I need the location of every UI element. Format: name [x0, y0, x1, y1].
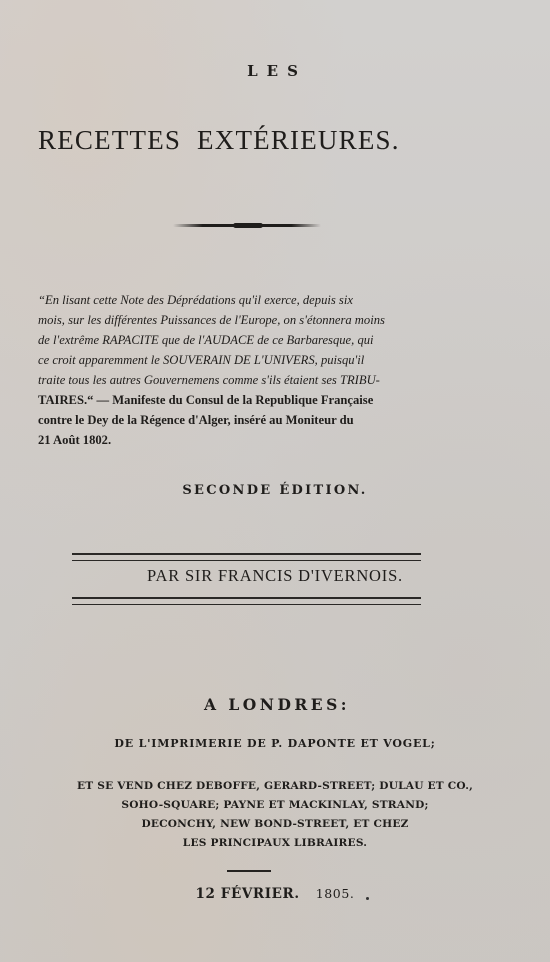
edition-label: SECONDE ÉDITION.: [0, 483, 550, 498]
printer-line: DE L'IMPRIMERIE DE P. DAPONTE ET VOGEL;: [0, 737, 550, 750]
ornamental-rule: [173, 224, 321, 227]
double-rule-bottom: [72, 597, 421, 605]
sellers-block: ET SE VEND CHEZ DEBOFFE, GERARD-STREET; …: [0, 777, 550, 853]
epigraph-line: mois, sur les différentes Puissances de …: [38, 310, 486, 330]
book-title: RECETTES EXTÉRIEURES.: [0, 125, 550, 156]
sellers-line: SOHO-SQUARE; PAYNE ET MACKINLAY, STRAND;: [0, 796, 550, 815]
epigraph-line: de l'extrême RAPACITE que de l'AUDACE de…: [38, 330, 486, 350]
ink-speck: [366, 897, 369, 900]
epigraph-line: traite tous les autres Gouvernemens comm…: [38, 370, 486, 390]
epigraph-line: contre le Dey de la Régence d'Alger, ins…: [38, 410, 486, 430]
epigraph-line: 21 Août 1802.: [38, 430, 486, 450]
sellers-line: ET SE VEND CHEZ DEBOFFE, GERARD-STREET; …: [0, 777, 550, 796]
epigraph: “En lisant cette Note des Déprédations q…: [38, 290, 486, 450]
sellers-line: DECONCHY, NEW BOND-STREET, ET CHEZ: [0, 815, 550, 834]
short-rule: [227, 870, 271, 872]
double-rule-top: [72, 553, 421, 561]
date-day-month: 12 FÉVRIER.: [196, 886, 300, 902]
title-article: LES: [0, 62, 550, 80]
imprint-place: A LONDRES:: [0, 695, 550, 714]
sellers-line: LES PRINCIPAUX LIBRAIRES.: [0, 834, 550, 853]
publication-date: 12 FÉVRIER.1805.: [0, 886, 550, 902]
epigraph-line: ce croit apparemment le SOUVERAIN DE L'U…: [38, 350, 486, 370]
date-year: 1805.: [316, 886, 355, 901]
epigraph-line: TAIRES.“ — Manifeste du Consul de la Rep…: [38, 390, 486, 410]
epigraph-line: “En lisant cette Note des Déprédations q…: [38, 290, 486, 310]
author-line: PAR SIR FRANCIS D'IVERNOIS.: [0, 566, 550, 586]
book-title-page: LES RECETTES EXTÉRIEURES. “En lisant cet…: [0, 0, 550, 962]
